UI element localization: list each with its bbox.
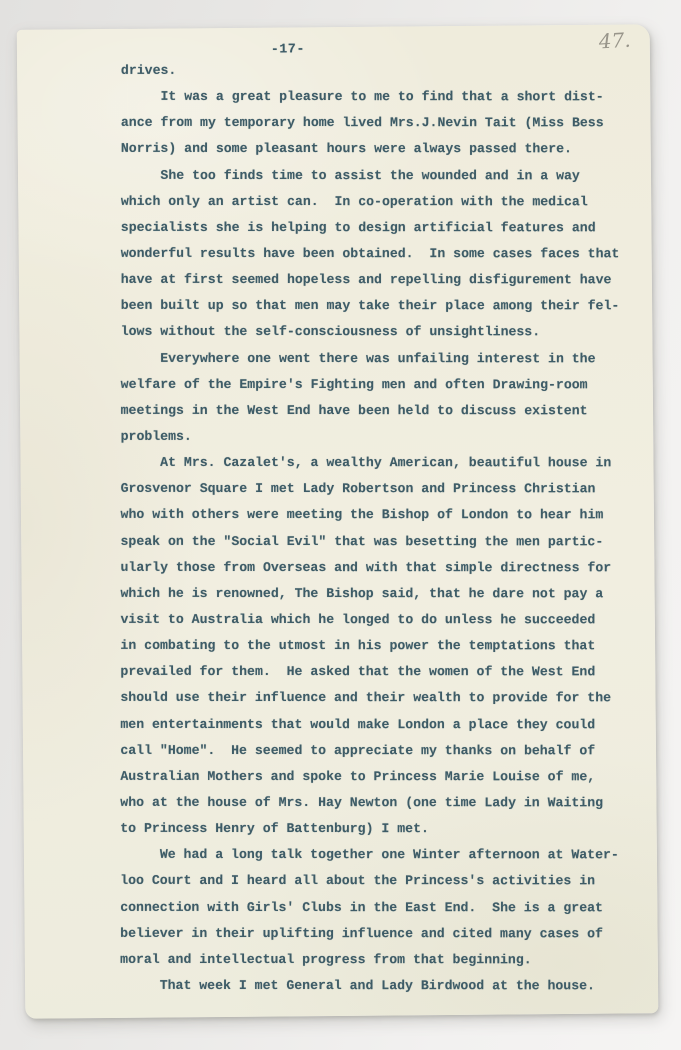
typescript-line: should use their influence and their wea… [120, 685, 635, 712]
typescript-line: to Princess Henry of Battenburg) I met. [120, 816, 635, 843]
typescript-line: Grosvenor Square I met Lady Robertson an… [121, 476, 636, 503]
typescript-line: call "Home". He seemed to appreciate my … [120, 738, 635, 765]
typescript-line: ance from my temporary home lived Mrs.J.… [121, 110, 636, 137]
typescript-page: 47. -17- drives. It was a great pleasure… [17, 24, 659, 1018]
typescript-line: specialists she is helping to design art… [121, 215, 636, 242]
typescript-line: who with others were meeting the Bishop … [121, 502, 636, 529]
typescript-line: been built up so that men may take their… [121, 293, 636, 320]
typescript-body: drives. It was a great pleasure to me to… [120, 58, 636, 1000]
typescript-line: Australian Mothers and spoke to Princess… [120, 764, 635, 791]
typescript-line: prevailed for them. He asked that the wo… [120, 659, 635, 686]
typescript-line: welfare of the Empire's Fighting men and… [121, 372, 636, 399]
typescript-line: which he is renowned, The Bishop said, t… [120, 581, 635, 608]
typescript-line: have at first seemed hopeless and repell… [121, 267, 636, 294]
typescript-line: wonderful results have been obtained. In… [121, 241, 636, 268]
typescript-line: That week I met General and Lady Birdwoo… [120, 973, 635, 1000]
typescript-line: visit to Australia which he longed to do… [120, 607, 635, 634]
scan-background: 47. -17- drives. It was a great pleasure… [0, 0, 681, 1050]
typescript-line: She too finds time to assist the wounded… [121, 162, 636, 189]
typed-page-number: -17- [271, 41, 305, 56]
typescript-line: Norris) and some pleasant hours were alw… [121, 136, 636, 163]
typescript-line: who at the house of Mrs. Hay Newton (one… [120, 790, 635, 817]
typescript-line: loo Court and I heard all about the Prin… [120, 868, 635, 895]
typescript-line: moral and intellectual progress from tha… [120, 947, 635, 974]
typescript-line: speak on the "Social Evil" that was bese… [121, 528, 636, 555]
typescript-line: believer in their uplifting influence an… [120, 921, 635, 948]
typescript-line: lows without the self-consciousness of u… [121, 319, 636, 346]
typescript-line: ularly those from Overseas and with that… [120, 555, 635, 582]
typescript-line: connection with Girls' Clubs in the East… [120, 894, 635, 921]
typescript-line: It was a great pleasure to me to find th… [121, 84, 636, 111]
handwritten-archival-number: 47. [598, 28, 631, 54]
typescript-line: At Mrs. Cazalet's, a wealthy American, b… [121, 450, 636, 477]
typescript-line: drives. [121, 58, 636, 85]
typescript-line: which only an artist can. In co-operatio… [121, 189, 636, 216]
typescript-line: meetings in the West End have been held … [121, 398, 636, 425]
typescript-line: Everywhere one went there was unfailing … [121, 345, 636, 372]
typescript-line: men entertainments that would make Londo… [120, 711, 635, 738]
typescript-line: problems. [121, 424, 636, 451]
typescript-line: We had a long talk together one Winter a… [120, 842, 635, 869]
typescript-line: in combating to the utmost in his power … [120, 633, 635, 660]
